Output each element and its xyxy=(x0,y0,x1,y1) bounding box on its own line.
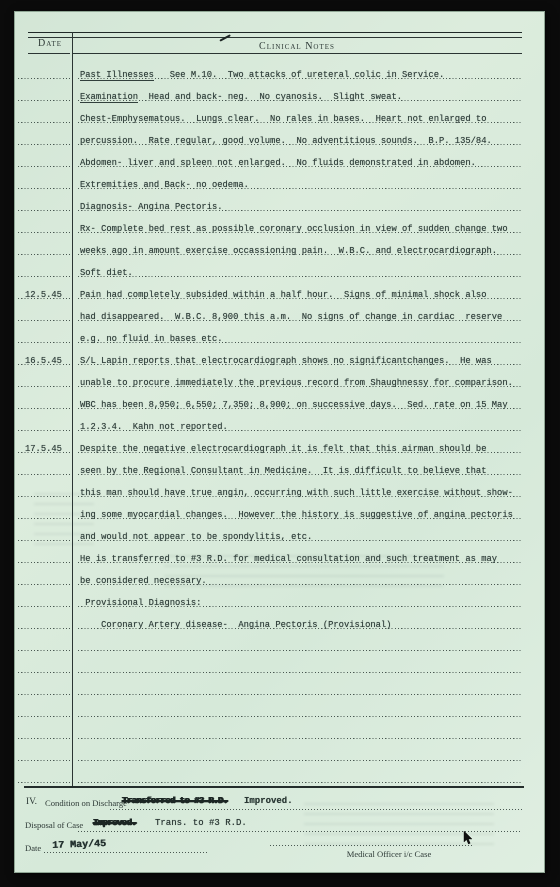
note-row: Soft diet. xyxy=(14,259,545,281)
section-iv-number: IV. xyxy=(26,797,37,807)
clinical-notes-rows: Past Illnesses See M.10. Two attacks of … xyxy=(14,61,545,787)
date-cell xyxy=(14,655,72,677)
note-row: Chest-Emphysematous. Lungs clear. No ral… xyxy=(14,105,545,127)
note-row: seen by the Regional Consultant in Medic… xyxy=(14,457,545,479)
date-cell xyxy=(14,567,72,589)
date-cell xyxy=(14,325,72,347)
disposal-value: Trans. to #3 R.D. xyxy=(155,818,247,828)
note-text: Provisional Diagnosis: xyxy=(80,597,201,609)
date-column-header: Date xyxy=(28,38,72,49)
note-text: percussion. Rate regular, good volume. N… xyxy=(80,135,492,147)
note-cell xyxy=(72,633,522,655)
note-text: this man should have true angin, occurri… xyxy=(80,487,513,499)
note-text: and would not appear to be spondylitis, … xyxy=(80,531,312,543)
note-cell: ing some myocardial changes. However the… xyxy=(72,501,522,523)
condition-struck-text: Transferred to #3 R.D. xyxy=(122,796,228,806)
note-cell xyxy=(72,721,522,743)
note-cell xyxy=(72,765,522,787)
note-row xyxy=(14,699,545,721)
note-text: unable to procure immediately the previo… xyxy=(80,377,513,389)
note-cell: had disappeared. W.B.C. 8,900 this a.m. … xyxy=(72,303,522,325)
note-row xyxy=(14,633,545,655)
note-lead-underlined: Examination xyxy=(80,92,138,104)
entry-date: 16.5.45 xyxy=(25,355,62,367)
date-cell xyxy=(14,611,72,633)
note-text: e.g. no fluid in bases etc. xyxy=(80,333,223,345)
header-double-rule xyxy=(28,32,522,38)
discharge-date-value: 17 May/45 xyxy=(52,839,106,852)
note-cell xyxy=(72,677,522,699)
note-cell: Coronary Artery disease- Angina Pectoris… xyxy=(72,611,522,633)
note-row: percussion. Rate regular, good volume. N… xyxy=(14,127,545,149)
note-row: 17.5.45 Despite the negative electrocard… xyxy=(14,435,545,457)
note-text: Examination Head and back- neg. No cyano… xyxy=(80,91,402,103)
note-cell: Pain had completely subsided within a ha… xyxy=(72,281,522,303)
note-cell: Diagnosis- Angina Pectoris. xyxy=(72,193,522,215)
note-row: 12.5.45 Pain had completely subsided wit… xyxy=(14,281,545,303)
date-cell: 16.5.45 xyxy=(14,347,72,369)
note-cell: Extremities and Back- no oedema. xyxy=(72,171,522,193)
note-cell: WBC has been 8,950; 6,550; 7,350; 8,900;… xyxy=(72,391,522,413)
date-cell xyxy=(14,237,72,259)
header-underline-left xyxy=(28,53,70,54)
date-cell xyxy=(14,391,72,413)
note-text: Despite the negative electrocardiograph … xyxy=(80,443,486,455)
note-cell: unable to procure immediately the previo… xyxy=(72,369,522,391)
note-cell: Chest-Emphysematous. Lungs clear. No ral… xyxy=(72,105,522,127)
note-cell: percussion. Rate regular, good volume. N… xyxy=(72,127,522,149)
bleedthrough-smudge xyxy=(164,551,444,591)
note-cell: Abdomen- liver and spleen not enlarged. … xyxy=(72,149,522,171)
date-cell: 12.5.45 xyxy=(14,281,72,303)
condition-value: Improved. xyxy=(244,796,293,806)
note-text: Past Illnesses See M.10. Two attacks of … xyxy=(80,69,444,81)
note-text: seen by the Regional Consultant in Medic… xyxy=(80,465,486,477)
note-cell: 1.2.3.4. Kahn not reported. xyxy=(72,413,522,435)
date-cell xyxy=(14,699,72,721)
note-cell: Provisional Diagnosis: xyxy=(72,589,522,611)
note-row: unable to procure immediately the previo… xyxy=(14,369,545,391)
header-underline-right xyxy=(72,53,522,54)
note-text: Coronary Artery disease- Angina Pectoris… xyxy=(80,619,391,631)
note-row: e.g. no fluid in bases etc. xyxy=(14,325,545,347)
note-cell: and would not appear to be spondylitis, … xyxy=(72,523,522,545)
date-cell: 17.5.45 xyxy=(14,435,72,457)
note-row: Provisional Diagnosis: xyxy=(14,589,545,611)
date-cell xyxy=(14,105,72,127)
mouse-cursor xyxy=(463,831,473,845)
date-cell xyxy=(14,765,72,787)
note-text: Abdomen- liver and spleen not enlarged. … xyxy=(80,157,476,169)
note-text: WBC has been 8,950; 6,550; 7,350; 8,900;… xyxy=(80,399,508,411)
note-row: 1.2.3.4. Kahn not reported. xyxy=(14,413,545,435)
note-row: WBC has been 8,950; 6,550; 7,350; 8,900;… xyxy=(14,391,545,413)
date-cell xyxy=(14,193,72,215)
note-row: 16.5.45 S/L Lapin reports that electroca… xyxy=(14,347,545,369)
note-row: Examination Head and back- neg. No cyano… xyxy=(14,83,545,105)
note-text: weeks ago in amount exercise occassionin… xyxy=(80,245,497,257)
note-text: 1.2.3.4. Kahn not reported. xyxy=(80,421,228,433)
note-row: Past Illnesses See M.10. Two attacks of … xyxy=(14,61,545,83)
date-cell xyxy=(14,215,72,237)
date-cell xyxy=(14,633,72,655)
note-row: had disappeared. W.B.C. 8,900 this a.m. … xyxy=(14,303,545,325)
disposal-dotted-line xyxy=(78,831,522,832)
date-cell xyxy=(14,457,72,479)
date-cell xyxy=(14,677,72,699)
note-row xyxy=(14,655,545,677)
date-cell xyxy=(14,413,72,435)
section-divider-rule xyxy=(24,786,524,788)
note-cell: Rx- Complete bed rest as possible corona… xyxy=(72,215,522,237)
bleedthrough-smudge xyxy=(34,489,94,549)
note-row: Diagnosis- Angina Pectoris. xyxy=(14,193,545,215)
signature-dotted-line xyxy=(270,845,474,846)
date-cell xyxy=(14,589,72,611)
date-dotted-line xyxy=(44,852,209,853)
note-text: Rx- Complete bed rest as possible corona… xyxy=(80,223,508,235)
note-cell: e.g. no fluid in bases etc. xyxy=(72,325,522,347)
note-row: Rx- Complete bed rest as possible corona… xyxy=(14,215,545,237)
note-text: Diagnosis- Angina Pectoris. xyxy=(80,201,223,213)
note-cell xyxy=(72,655,522,677)
note-lead-underlined: Past Illnesses xyxy=(80,70,154,82)
disposal-struck-text: Improved. xyxy=(93,818,136,828)
date-cell xyxy=(14,303,72,325)
note-cell: Past Illnesses See M.10. Two attacks of … xyxy=(72,61,522,83)
date-cell xyxy=(14,171,72,193)
note-row xyxy=(14,743,545,765)
date-cell xyxy=(14,721,72,743)
date-cell xyxy=(14,149,72,171)
date-cell xyxy=(14,127,72,149)
note-text: Extremities and Back- no oedema. xyxy=(80,179,249,191)
note-text: S/L Lapin reports that electrocardiograp… xyxy=(80,355,492,367)
entry-date: 17.5.45 xyxy=(25,443,62,455)
note-cell: Examination Head and back- neg. No cyano… xyxy=(72,83,522,105)
entry-date: 12.5.45 xyxy=(25,289,62,301)
condition-on-discharge-label: Condition on Discharge xyxy=(45,798,127,808)
note-cell: this man should have true angin, occurri… xyxy=(72,479,522,501)
date-cell xyxy=(14,369,72,391)
date-cell xyxy=(14,83,72,105)
note-cell: seen by the Regional Consultant in Medic… xyxy=(72,457,522,479)
note-cell: weeks ago in amount exercise occassionin… xyxy=(72,237,522,259)
note-text: ing some myocardial changes. However the… xyxy=(80,509,513,521)
note-cell: S/L Lapin reports that electrocardiograp… xyxy=(72,347,522,369)
clinical-notes-form-page: Date Clinical Notes Past Illnesses See M… xyxy=(14,11,545,873)
note-cell: Soft diet. xyxy=(72,259,522,281)
note-text: Chest-Emphysematous. Lungs clear. No ral… xyxy=(80,113,486,125)
medical-officer-label: Medical Officer i/c Case xyxy=(314,849,464,859)
note-row: Abdomen- liver and spleen not enlarged. … xyxy=(14,149,545,171)
condition-dotted-line xyxy=(110,809,522,810)
note-row xyxy=(14,721,545,743)
date-label: Date xyxy=(25,843,41,853)
date-cell xyxy=(14,61,72,83)
date-cell xyxy=(14,743,72,765)
note-cell xyxy=(72,743,522,765)
note-text: Soft diet. xyxy=(80,267,133,279)
note-row: Extremities and Back- no oedema. xyxy=(14,171,545,193)
note-cell xyxy=(72,699,522,721)
note-text: Pain had completely subsided within a ha… xyxy=(80,289,486,301)
note-row xyxy=(14,765,545,787)
note-row: Coronary Artery disease- Angina Pectoris… xyxy=(14,611,545,633)
date-cell xyxy=(14,259,72,281)
disposal-of-case-label: Disposal of Case xyxy=(25,820,83,830)
clinical-notes-header: Clinical Notes xyxy=(72,41,522,52)
note-row: weeks ago in amount exercise occassionin… xyxy=(14,237,545,259)
note-text: had disappeared. W.B.C. 8,900 this a.m. … xyxy=(80,311,502,323)
note-cell: Despite the negative electrocardiograph … xyxy=(72,435,522,457)
note-row xyxy=(14,677,545,699)
